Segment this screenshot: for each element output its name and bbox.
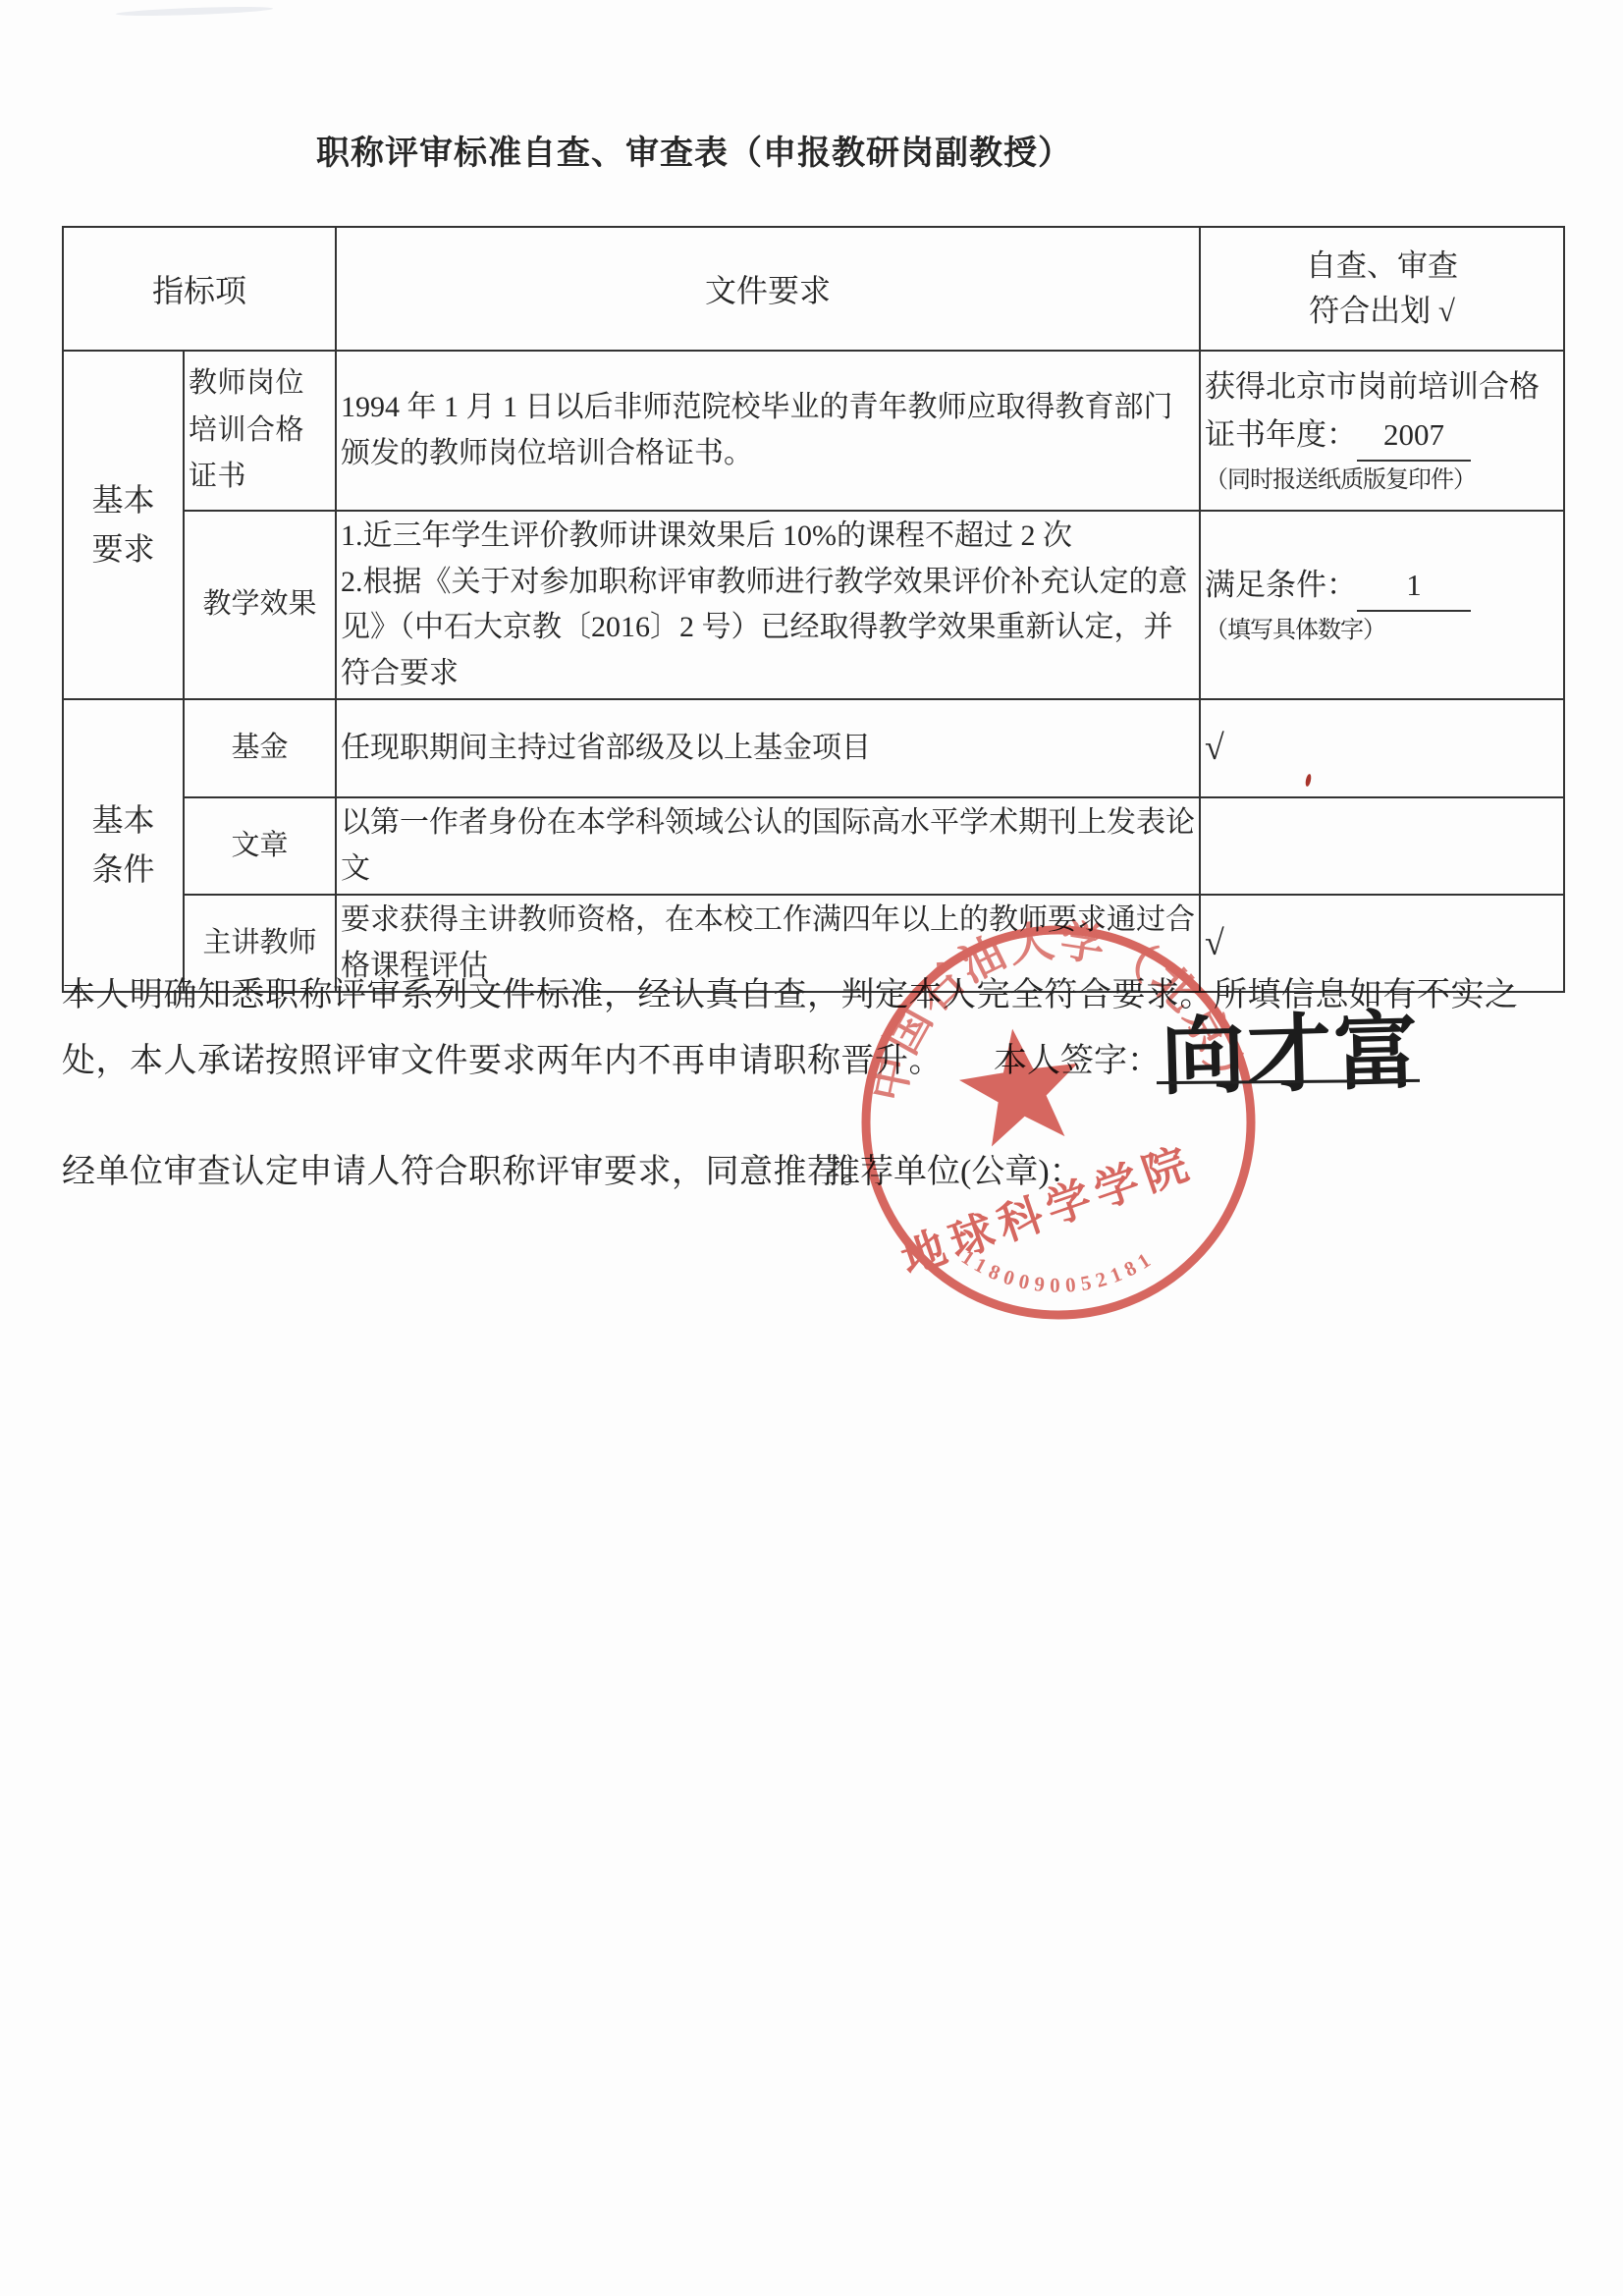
row-requirement-paper: 以第一作者身份在本学科领域公认的国际高水平学术期刊上发表论文 [336, 797, 1200, 895]
row-item-teaching-effect: 教学效果 [184, 511, 336, 699]
group-basic-requirements: 基本要求 [63, 351, 184, 699]
row-check-paper [1200, 797, 1564, 895]
header-indicator: 指标项 [63, 227, 336, 351]
header-check: 自查、审查 符合出划 √ [1200, 227, 1564, 351]
header-check-line2: 符合出划 √ [1205, 289, 1559, 335]
seal-star-icon [953, 1020, 1088, 1150]
row-item-fund: 基金 [184, 699, 336, 797]
table-header-row: 指标项 文件要求 自查、审查 符合出划 √ [63, 227, 1564, 351]
check-note: （同时报送纸质版复印件） [1205, 462, 1559, 499]
scan-smudge [116, 5, 273, 18]
table-row: 基本条件 基金 任现职期间主持过省部级及以上基金项目 √ [63, 699, 1564, 797]
check-prefix: 满足条件： [1205, 568, 1357, 602]
row-requirement-certificate: 1994 年 1 月 1 日以后非师范院校毕业的青年教师应取得教育部门颁发的教师… [336, 351, 1200, 511]
table-row: 基本要求 教师岗位培训合格证书 1994 年 1 月 1 日以后非师范院校毕业的… [63, 351, 1564, 511]
table-row: 文章 以第一作者身份在本学科领域公认的国际高水平学术期刊上发表论文 [63, 797, 1564, 895]
unit-recommendation-text: 经单位审查认定申请人符合职称评审要求，同意推荐。 [62, 1144, 875, 1192]
table-row: 教学效果 1.近三年学生评价教师讲课效果后 10%的课程不超过 2 次 2.根据… [63, 511, 1564, 699]
header-requirement: 文件要求 [336, 227, 1200, 351]
header-check-line1: 自查、审查 [1205, 244, 1559, 290]
row-check-certificate: 获得北京市岗前培训合格证书年度：2007 （同时报送纸质版复印件） [1200, 351, 1564, 511]
check-note: （填写具体数字） [1205, 612, 1559, 649]
requirement-point-1: 1.近三年学生评价教师讲课效果后 10%的课程不超过 2 次 [341, 514, 1195, 560]
check-year-value: 2007 [1357, 410, 1471, 462]
review-table: 指标项 文件要求 自查、审查 符合出划 √ 基本要求 教师岗位培训合格证书 19… [62, 226, 1565, 993]
handwritten-signature: 向才富 [1159, 983, 1421, 1112]
check-count-value: 1 [1357, 561, 1471, 612]
row-check-teaching-effect: 满足条件：1 （填写具体数字） [1200, 511, 1564, 699]
official-seal-stamp: 中国石油大学（北京） 地球科学学院 1180090052181 [840, 908, 1272, 1340]
group-basic-conditions: 基本条件 [63, 699, 184, 992]
row-item-paper: 文章 [184, 797, 336, 895]
row-requirement-teaching-effect: 1.近三年学生评价教师讲课效果后 10%的课程不超过 2 次 2.根据《关于对参… [336, 511, 1200, 699]
page-title: 职称评审标准自查、审查表（申报教研岗副教授） [316, 126, 1072, 174]
row-check-fund: √ [1200, 699, 1564, 797]
document-page: 职称评审标准自查、审查表（申报教研岗副教授） 指标项 文件要求 自查、审查 符合… [0, 0, 1623, 2296]
row-item-certificate: 教师岗位培训合格证书 [184, 351, 336, 511]
row-requirement-fund: 任现职期间主持过省部级及以上基金项目 [336, 699, 1200, 797]
requirement-point-2: 2.根据《关于对参加职称评审教师进行教学效果评价补充认定的意见》（中石大京教〔2… [341, 560, 1195, 697]
declaration-line2: 处，本人承诺按照评审文件要求两年内不再申请职称晋升。 [62, 1033, 943, 1081]
